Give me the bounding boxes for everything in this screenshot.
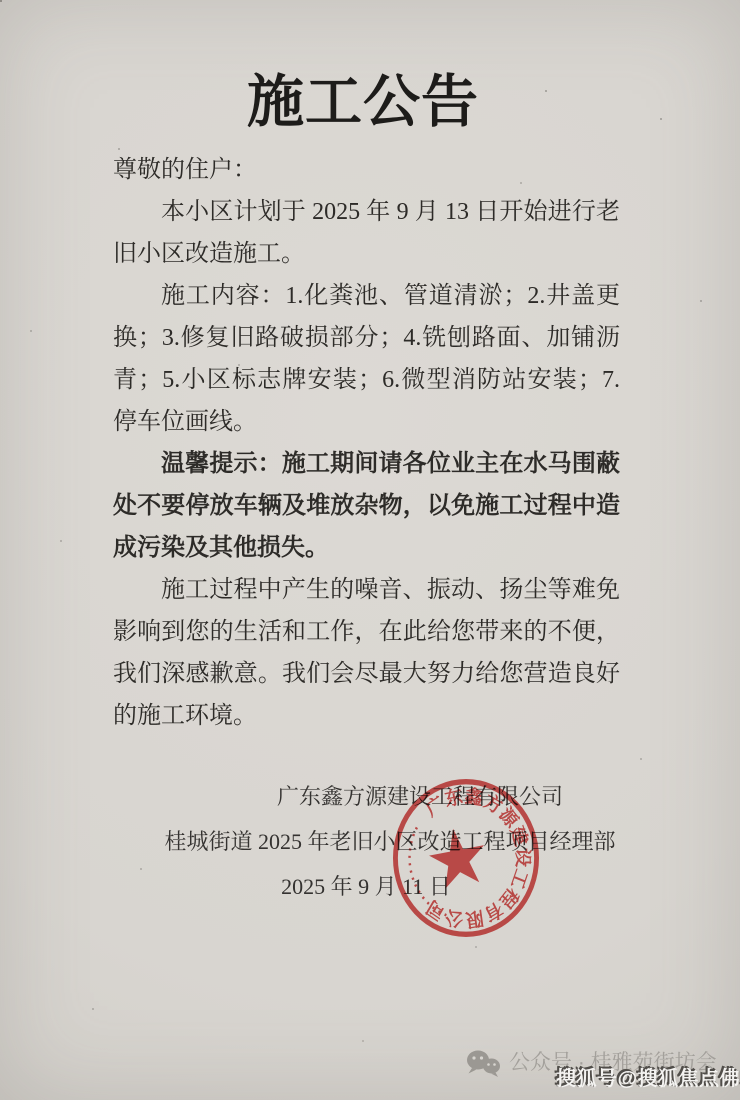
company-seal: 广东鑫方源建设工程有限公司 [368, 752, 564, 964]
sohu-watermark: 搜狐号@搜狐焦点佛山站 [556, 1066, 740, 1092]
paragraph-scope: 施工内容：1.化粪池、管道清淤；2.井盖更换；3.修复旧路破损部分；4.铣刨路面… [113, 275, 620, 443]
paragraph-schedule: 本小区计划于 2025 年 9 月 13 日开始进行老旧小区改造施工。 [113, 191, 620, 275]
paragraph-apology: 施工过程中产生的噪音、振动、扬尘等难免影响到您的生活和工作，在此给您带来的不便，… [113, 569, 620, 737]
paragraph-warm-tips: 温馨提示：施工期间请各位业主在水马围蔽处不要停放车辆及堆放杂物，以免施工过程中造… [113, 443, 620, 569]
salutation-line: 尊敬的住户： [113, 149, 620, 191]
notice-photo-page: 施工公告 尊敬的住户： 本小区计划于 2025 年 9 月 13 日开始进行老旧… [0, 0, 740, 1100]
notice-title: 施工公告 [0, 74, 733, 131]
paper-dust-specks [0, 0, 2, 2]
wechat-icon [464, 1048, 502, 1078]
notice-body: 尊敬的住户： 本小区计划于 2025 年 9 月 13 日开始进行老旧小区改造施… [113, 149, 620, 737]
star-icon [426, 824, 490, 891]
